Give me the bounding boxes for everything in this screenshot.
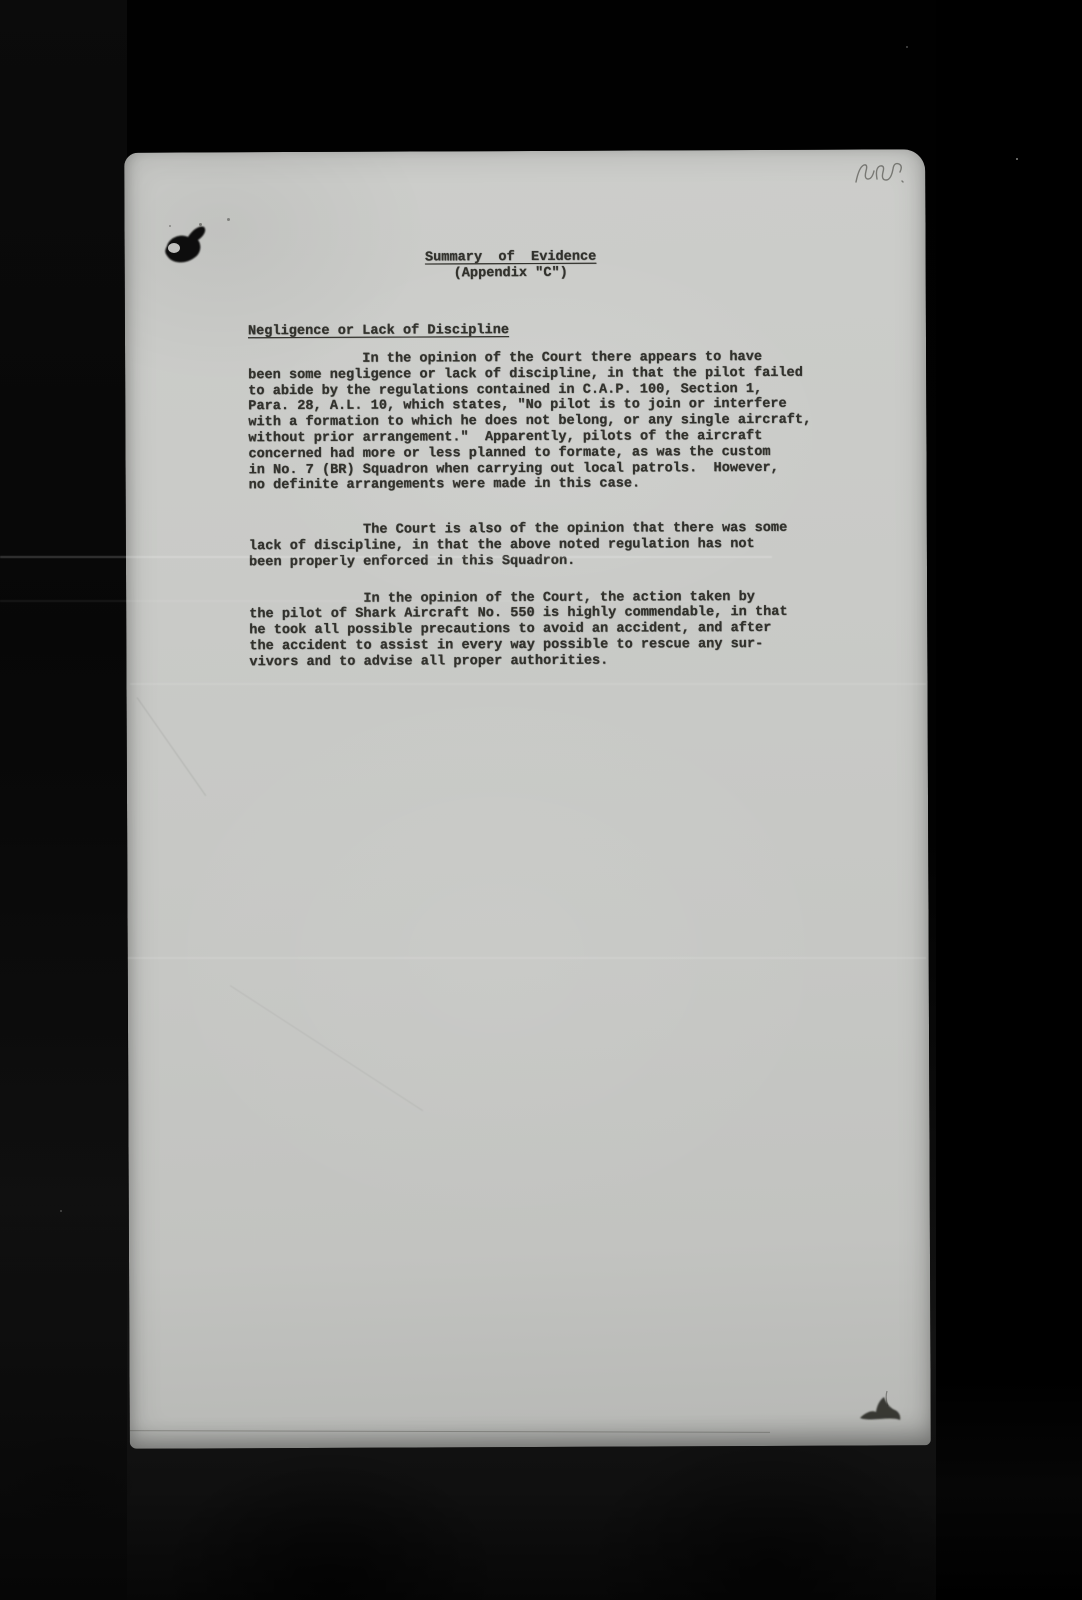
paragraph: The Court is also of the opinion that th… bbox=[249, 521, 889, 571]
document-subtitle: (Appendix "C") bbox=[125, 264, 897, 283]
scan-right-black-band bbox=[936, 0, 1082, 1600]
title-block: Summary of Evidence (Appendix "C") bbox=[125, 248, 897, 283]
dust-speck bbox=[906, 46, 908, 48]
paragraph: In the opinion of the Court there appear… bbox=[248, 349, 889, 494]
paragraph: In the opinion of the Court, the action … bbox=[249, 589, 889, 671]
section-heading: Negligence or Lack of Discipline bbox=[248, 323, 509, 340]
scan-left-shadow bbox=[0, 0, 127, 1600]
document-body: In the opinion of the Court there appear… bbox=[248, 349, 889, 670]
document-page: Summary of Evidence (Appendix "C") Negli… bbox=[124, 149, 931, 1448]
scanned-document-image: Summary of Evidence (Appendix "C") Negli… bbox=[0, 0, 1082, 1600]
